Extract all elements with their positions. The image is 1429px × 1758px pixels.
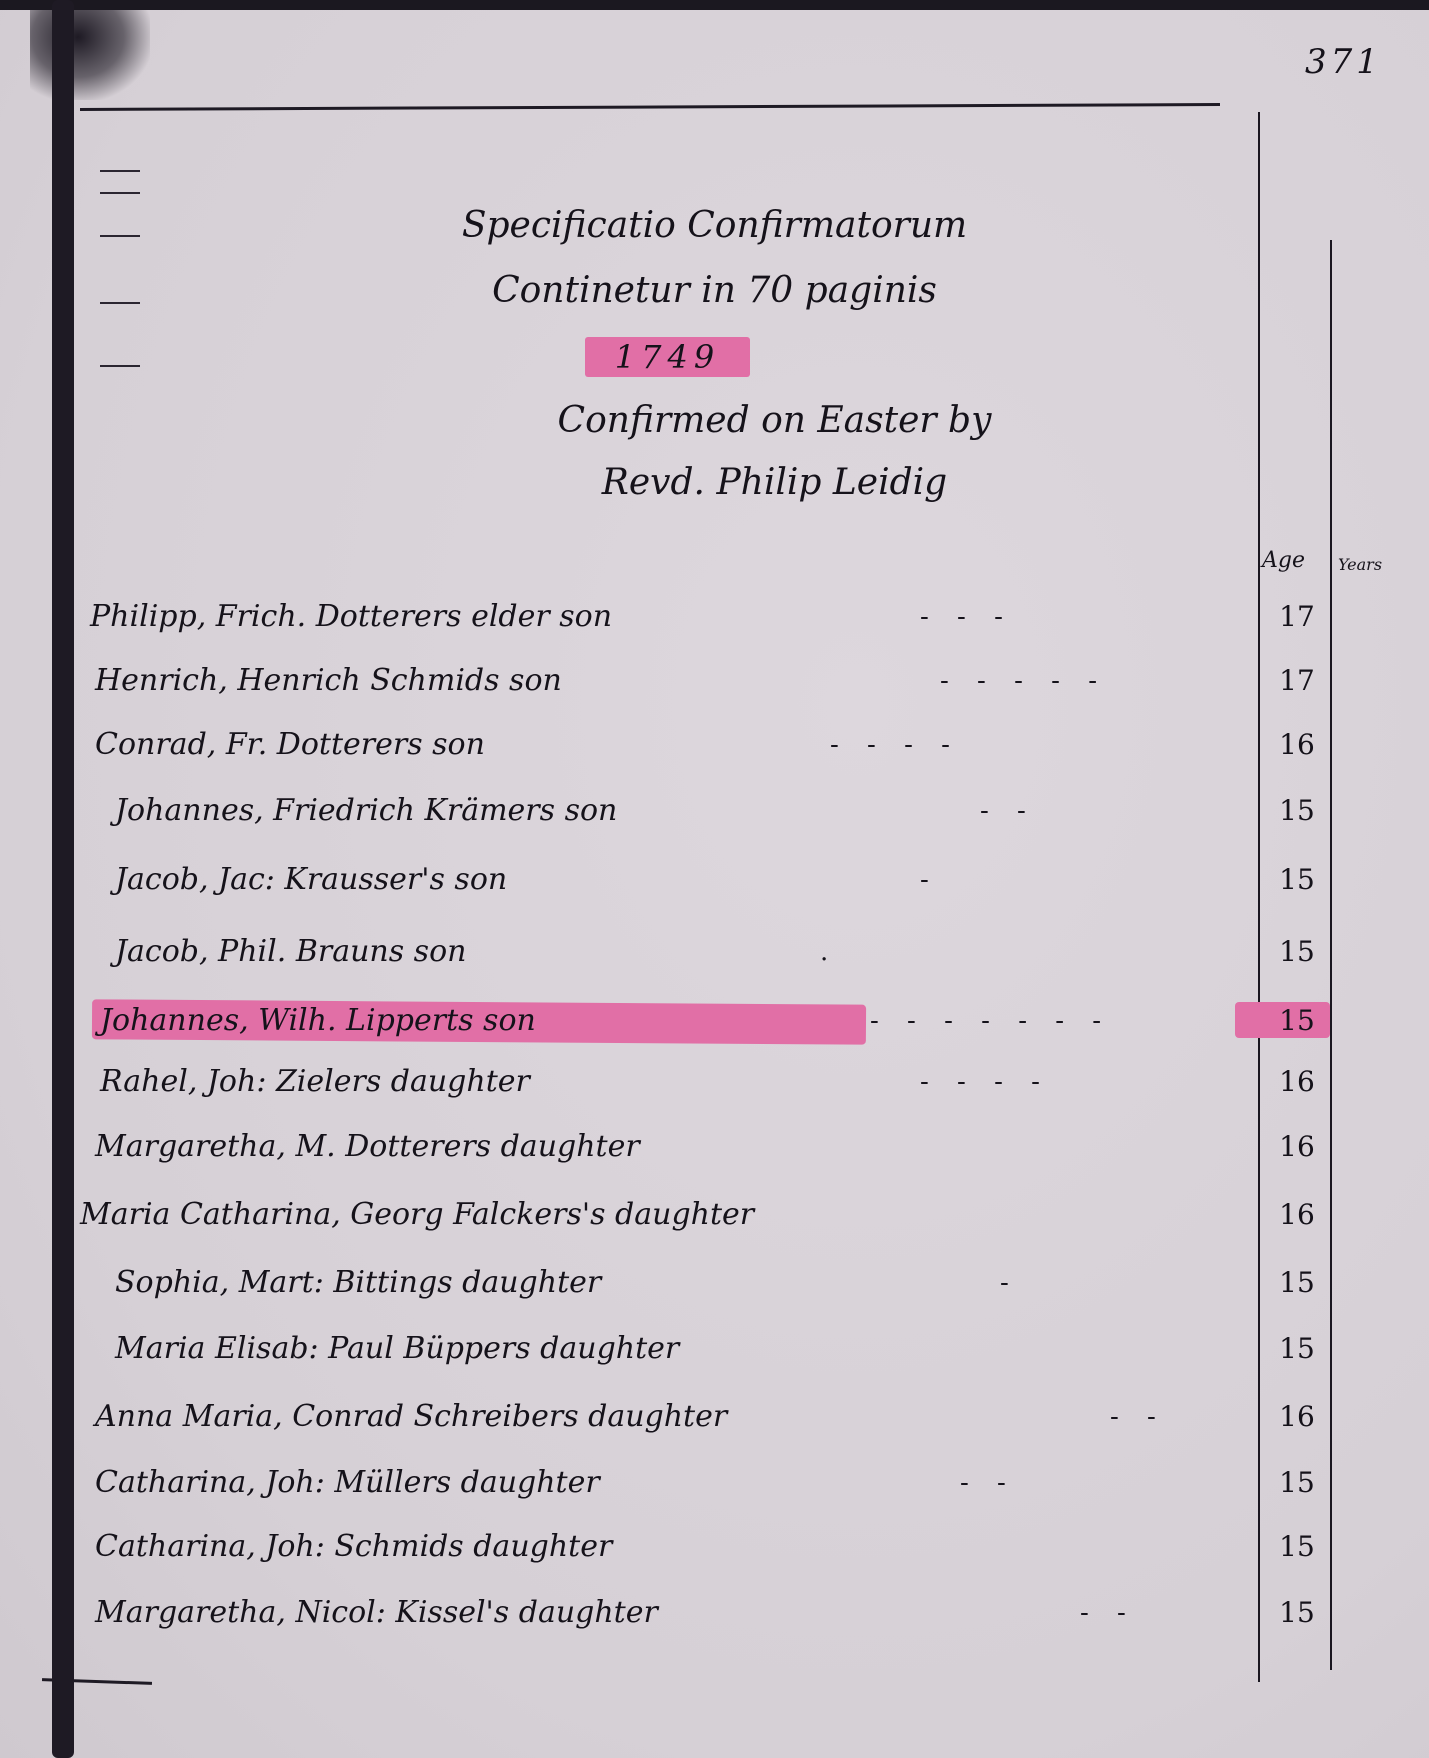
column-header-age: Age xyxy=(1262,548,1305,573)
entry-name: Jacob, Jac: Krausser's son xyxy=(115,853,507,907)
leader-dashes: - - - - - - - xyxy=(870,994,1111,1048)
entry-name: Catharina, Joh: Müllers daughter xyxy=(95,1456,600,1510)
leader-dashes: - - xyxy=(1080,1586,1136,1640)
entry-name: Margaretha, M. Dotterers daughter xyxy=(95,1120,640,1174)
entry-row: Johannes, Friedrich Krämers son - - 15 xyxy=(0,784,1429,838)
heading-line-3: Confirmed on Easter by xyxy=(60,400,1429,441)
ink-blot xyxy=(30,10,150,100)
entry-name: Sophia, Mart: Bittings daughter xyxy=(115,1256,601,1310)
page-number: 371 xyxy=(1305,42,1382,82)
top-rule-line xyxy=(80,103,1220,111)
entry-name: Anna Maria, Conrad Schreibers daughter xyxy=(95,1390,727,1444)
entry-row: Sophia, Mart: Bittings daughter - 15 xyxy=(0,1256,1429,1310)
entry-name: Conrad, Fr. Dotterers son xyxy=(95,718,485,772)
margin-tick xyxy=(100,170,140,172)
entry-name: Catharina, Joh: Schmids daughter xyxy=(95,1520,612,1574)
entry-age: 15 xyxy=(1262,1586,1332,1640)
entry-row-highlighted: Johannes, Wilh. Lipperts son - - - - - -… xyxy=(0,994,1429,1048)
heading-line-2: Continetur in 70 paginis xyxy=(0,270,1429,311)
entry-row: Maria Catharina, Georg Falckers's daught… xyxy=(0,1188,1429,1242)
entry-name: Rahel, Joh: Zielers daughter xyxy=(100,1055,530,1109)
leader-dashes: - xyxy=(1000,1256,1019,1310)
entry-age: 16 xyxy=(1262,718,1332,772)
entry-age: 15 xyxy=(1262,1256,1332,1310)
heading-line-4: Revd. Philip Leidig xyxy=(60,462,1429,503)
entry-name: Johannes, Wilh. Lipperts son xyxy=(100,994,536,1048)
entry-row: Catharina, Joh: Schmids daughter 15 xyxy=(0,1520,1429,1574)
entry-row: Henrich, Henrich Schmids son - - - - - 1… xyxy=(0,654,1429,708)
entry-row: Philipp, Frich. Dotterers elder son - - … xyxy=(0,590,1429,644)
entry-name: Philipp, Frich. Dotterers elder son xyxy=(90,590,612,644)
entry-age: 15 xyxy=(1262,784,1332,838)
entry-row: Maria Elisab: Paul Büppers daughter 15 xyxy=(0,1322,1429,1376)
margin-tick xyxy=(100,192,140,194)
entry-row: Jacob, Jac: Krausser's son - 15 xyxy=(0,853,1429,907)
year-highlighted: 1749 xyxy=(585,337,750,377)
leader-dashes: - - - - xyxy=(830,718,960,772)
entry-name: Maria Elisab: Paul Büppers daughter xyxy=(115,1322,679,1376)
entry-age: 16 xyxy=(1262,1055,1332,1109)
leader-dashes: - - xyxy=(1110,1390,1166,1444)
entry-name: Maria Catharina, Georg Falckers's daught… xyxy=(80,1188,754,1242)
entry-age: 15 xyxy=(1262,1322,1332,1376)
entry-row: Anna Maria, Conrad Schreibers daughter -… xyxy=(0,1390,1429,1444)
entry-age: 16 xyxy=(1262,1120,1332,1174)
margin-tick xyxy=(100,365,140,367)
leader-dashes: - - xyxy=(960,1456,1016,1510)
entry-row: Rahel, Joh: Zielers daughter - - - - 16 xyxy=(0,1055,1429,1109)
entry-age: 15 xyxy=(1262,1456,1332,1510)
entry-row: Conrad, Fr. Dotterers son - - - - 16 xyxy=(0,718,1429,772)
entry-age: 16 xyxy=(1262,1390,1332,1444)
entry-age: 15 xyxy=(1262,925,1332,979)
leader-dashes: - - - - xyxy=(920,1055,1050,1109)
heading-line-1: Specificatio Confirmatorum xyxy=(0,205,1429,246)
entry-age: 16 xyxy=(1262,1188,1332,1242)
entry-age: 15 xyxy=(1262,853,1332,907)
leader-dashes: - - xyxy=(980,784,1036,838)
entry-row: Margaretha, Nicol: Kissel's daughter - -… xyxy=(0,1586,1429,1640)
entry-name: Margaretha, Nicol: Kissel's daughter xyxy=(95,1586,658,1640)
leader-dashes: . xyxy=(820,925,838,979)
entry-age: 15 xyxy=(1262,1520,1332,1574)
entry-row: Margaretha, M. Dotterers daughter 16 xyxy=(0,1120,1429,1174)
leader-dashes: - xyxy=(920,853,939,907)
leader-dashes: - - - xyxy=(920,590,1013,644)
entry-name: Jacob, Phil. Brauns son xyxy=(115,925,466,979)
entry-name: Henrich, Henrich Schmids son xyxy=(95,654,562,708)
entry-row: Catharina, Joh: Müllers daughter - - 15 xyxy=(0,1456,1429,1510)
entry-age: 15 xyxy=(1262,994,1332,1048)
column-header-years: Years xyxy=(1338,555,1382,574)
entry-row: Jacob, Phil. Brauns son . 15 xyxy=(0,925,1429,979)
entry-age: 17 xyxy=(1262,590,1332,644)
ledger-page: 371 Specificatio Confirmatorum Continetu… xyxy=(0,0,1429,1758)
entry-name: Johannes, Friedrich Krämers son xyxy=(115,784,617,838)
page-top-edge xyxy=(0,0,1429,10)
leader-dashes: - - - - - xyxy=(940,654,1107,708)
entry-age: 17 xyxy=(1262,654,1332,708)
